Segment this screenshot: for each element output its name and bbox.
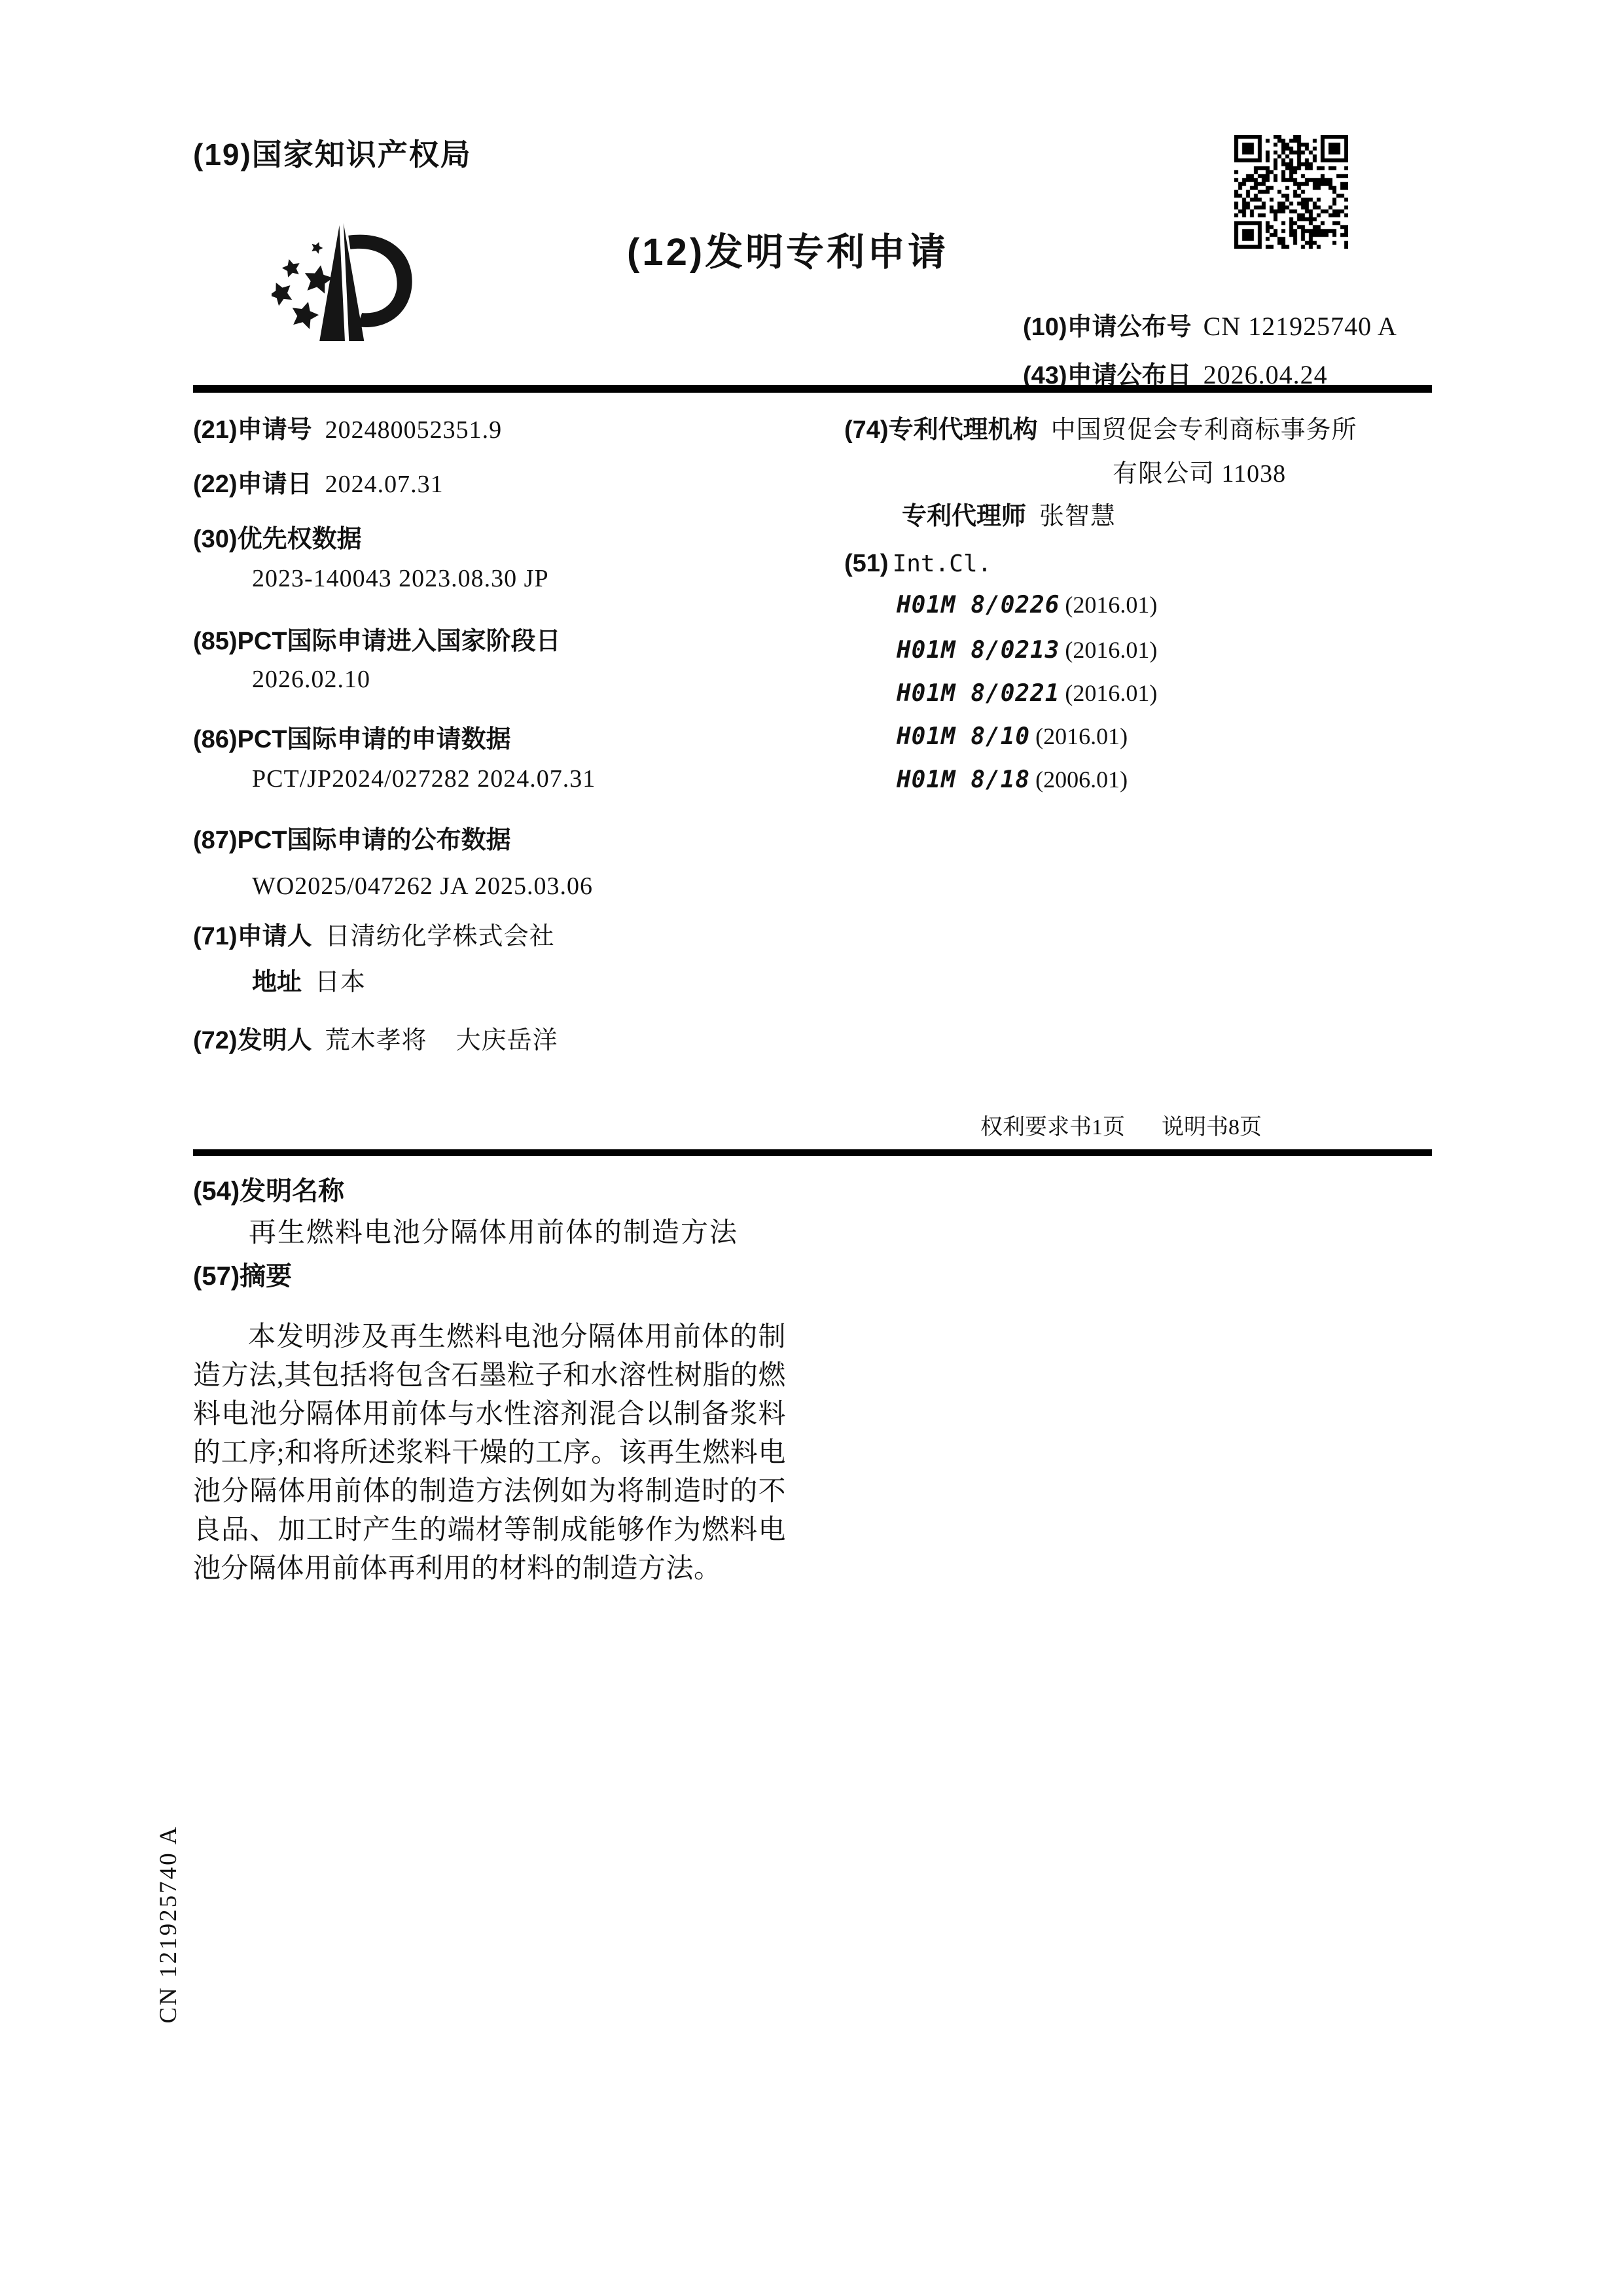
pct-national-entry-row: (85)PCT国际申请进入国家阶段日 [193,620,561,656]
application-number: 202480052351.9 [325,416,503,444]
pct-application-data: PCT/JP2024/027282 2024.07.31 [252,765,596,793]
ipc-code: H01M 8/18 [897,766,1030,793]
ipc-version: (2016.01) [1065,680,1157,706]
agent-label: 专利代理师 [902,503,1026,530]
priority-data-row: (30)优先权数据 [193,518,362,554]
ipc-code: H01M 8/0213 [897,637,1060,664]
application-number-label: (21)申请号 [193,416,312,444]
ipc-version: (2016.01) [1065,592,1157,618]
abstract-text: 本发明涉及再生燃料电池分隔体用前体的制造方法,其包括将包含石墨粒子和水溶性树脂的… [193,1318,786,1588]
ipc-section-number: (51) [844,550,889,577]
inventors-label: (72)发明人 [193,1027,312,1054]
side-publication-code: CN 121925740 A [154,1816,183,2032]
application-date-row: (22)申请日2024.07.31 [193,463,444,499]
header-divider-rule [193,385,1432,393]
ipc-code: H01M 8/10 [897,723,1030,750]
pagination-info: 权利要求书1页说明书8页 [980,1109,1262,1141]
qr-code [1234,135,1348,249]
inventor-name: 荒木孝将 [325,1027,427,1054]
pct-national-entry-date: 2026.02.10 [252,666,370,693]
publication-number-label: (10)申请公布号 [1023,314,1192,341]
ipc-version: (2016.01) [1065,637,1157,663]
ipc-code: H01M 8/0221 [897,680,1060,707]
applicant-address-row: 地址日本 [252,961,366,997]
publication-number: CN 121925740 A [1204,312,1397,341]
pct-application-data-label: (86)PCT国际申请的申请数据 [193,726,511,753]
address-value: 日本 [315,969,366,996]
agent-name: 张智慧 [1039,503,1116,530]
agency-label: (74)专利代理机构 [844,416,1038,444]
ipc-entry-row: H01M 8/10(2016.01) [897,723,1128,750]
application-number-row: (21)申请号202480052351.9 [193,409,502,445]
pct-national-entry-date-row: 2026.02.10 [252,665,370,694]
cnipa-logo [272,221,419,342]
applicant-row: (71)申请人日清纺化学株式会社 [193,916,555,952]
patent-front-page: (19)国家知识产权局 (12)发明专利申请 (10)申请公布号CN 12192… [0,0,1623,2296]
priority-data-value-row: 2023-140043 2023.08.30 JP [252,564,549,593]
invention-title-label: (54)发明名称 [193,1170,344,1208]
inventors-row: (72)发明人荒木孝将大庆岳洋 [193,1020,558,1056]
address-label: 地址 [252,969,302,996]
pct-publication-data: WO2025/047262 JA 2025.03.06 [252,872,593,900]
invention-title: 再生燃料电池分隔体用前体的制造方法 [249,1211,738,1250]
applicant-name: 日清纺化学株式会社 [325,923,555,950]
agency-row: (74)专利代理机构中国贸促会专利商标事务所 [844,409,1357,445]
claims-page-count: 权利要求书1页 [980,1115,1125,1139]
pct-publication-data-value-row: WO2025/047262 JA 2025.03.06 [252,872,593,901]
pct-national-entry-label: (85)PCT国际申请进入国家阶段日 [193,628,561,655]
agency-name-line2: 有限公司 11038 [1113,460,1286,488]
ipc-code: H01M 8/0226 [897,592,1060,619]
description-page-count: 说明书8页 [1162,1115,1262,1139]
applicant-label: (71)申请人 [193,923,312,950]
ipc-section-row: (51)Int.Cl. [844,550,991,578]
ipc-version: (2006.01) [1035,766,1128,793]
pct-publication-data-row: (87)PCT国际申请的公布数据 [193,819,511,855]
abstract-label: (57)摘要 [193,1255,292,1293]
application-date: 2024.07.31 [325,471,444,498]
agency-name-line1: 中国贸促会专利商标事务所 [1051,416,1357,444]
publication-number-row: (10)申请公布号CN 121925740 A [1023,306,1397,342]
priority-data: 2023-140043 2023.08.30 JP [252,565,549,592]
pct-publication-data-label: (87)PCT国际申请的公布数据 [193,827,511,854]
ipc-version: (2016.01) [1035,723,1128,749]
pct-application-data-value-row: PCT/JP2024/027282 2024.07.31 [252,764,596,793]
ipc-section-label: Int.Cl. [893,550,992,577]
pct-application-data-row: (86)PCT国际申请的申请数据 [193,719,511,755]
agent-row: 专利代理师张智慧 [902,495,1116,531]
body-divider-rule [193,1149,1432,1156]
agency-line2-row: 有限公司 11038 [1113,453,1286,489]
priority-data-label: (30)优先权数据 [193,526,362,553]
ipc-entry-row: H01M 8/0221(2016.01) [897,679,1157,707]
issuing-office: (19)国家知识产权局 [193,131,472,174]
application-date-label: (22)申请日 [193,471,312,498]
ipc-entry-row: H01M 8/18(2006.01) [897,766,1128,793]
document-type-title: (12)发明专利申请 [627,221,948,276]
ipc-entry-row: H01M 8/0226(2016.01) [897,591,1157,619]
inventor-name: 大庆岳洋 [456,1027,558,1054]
ipc-entry-row: H01M 8/0213(2016.01) [897,636,1157,664]
